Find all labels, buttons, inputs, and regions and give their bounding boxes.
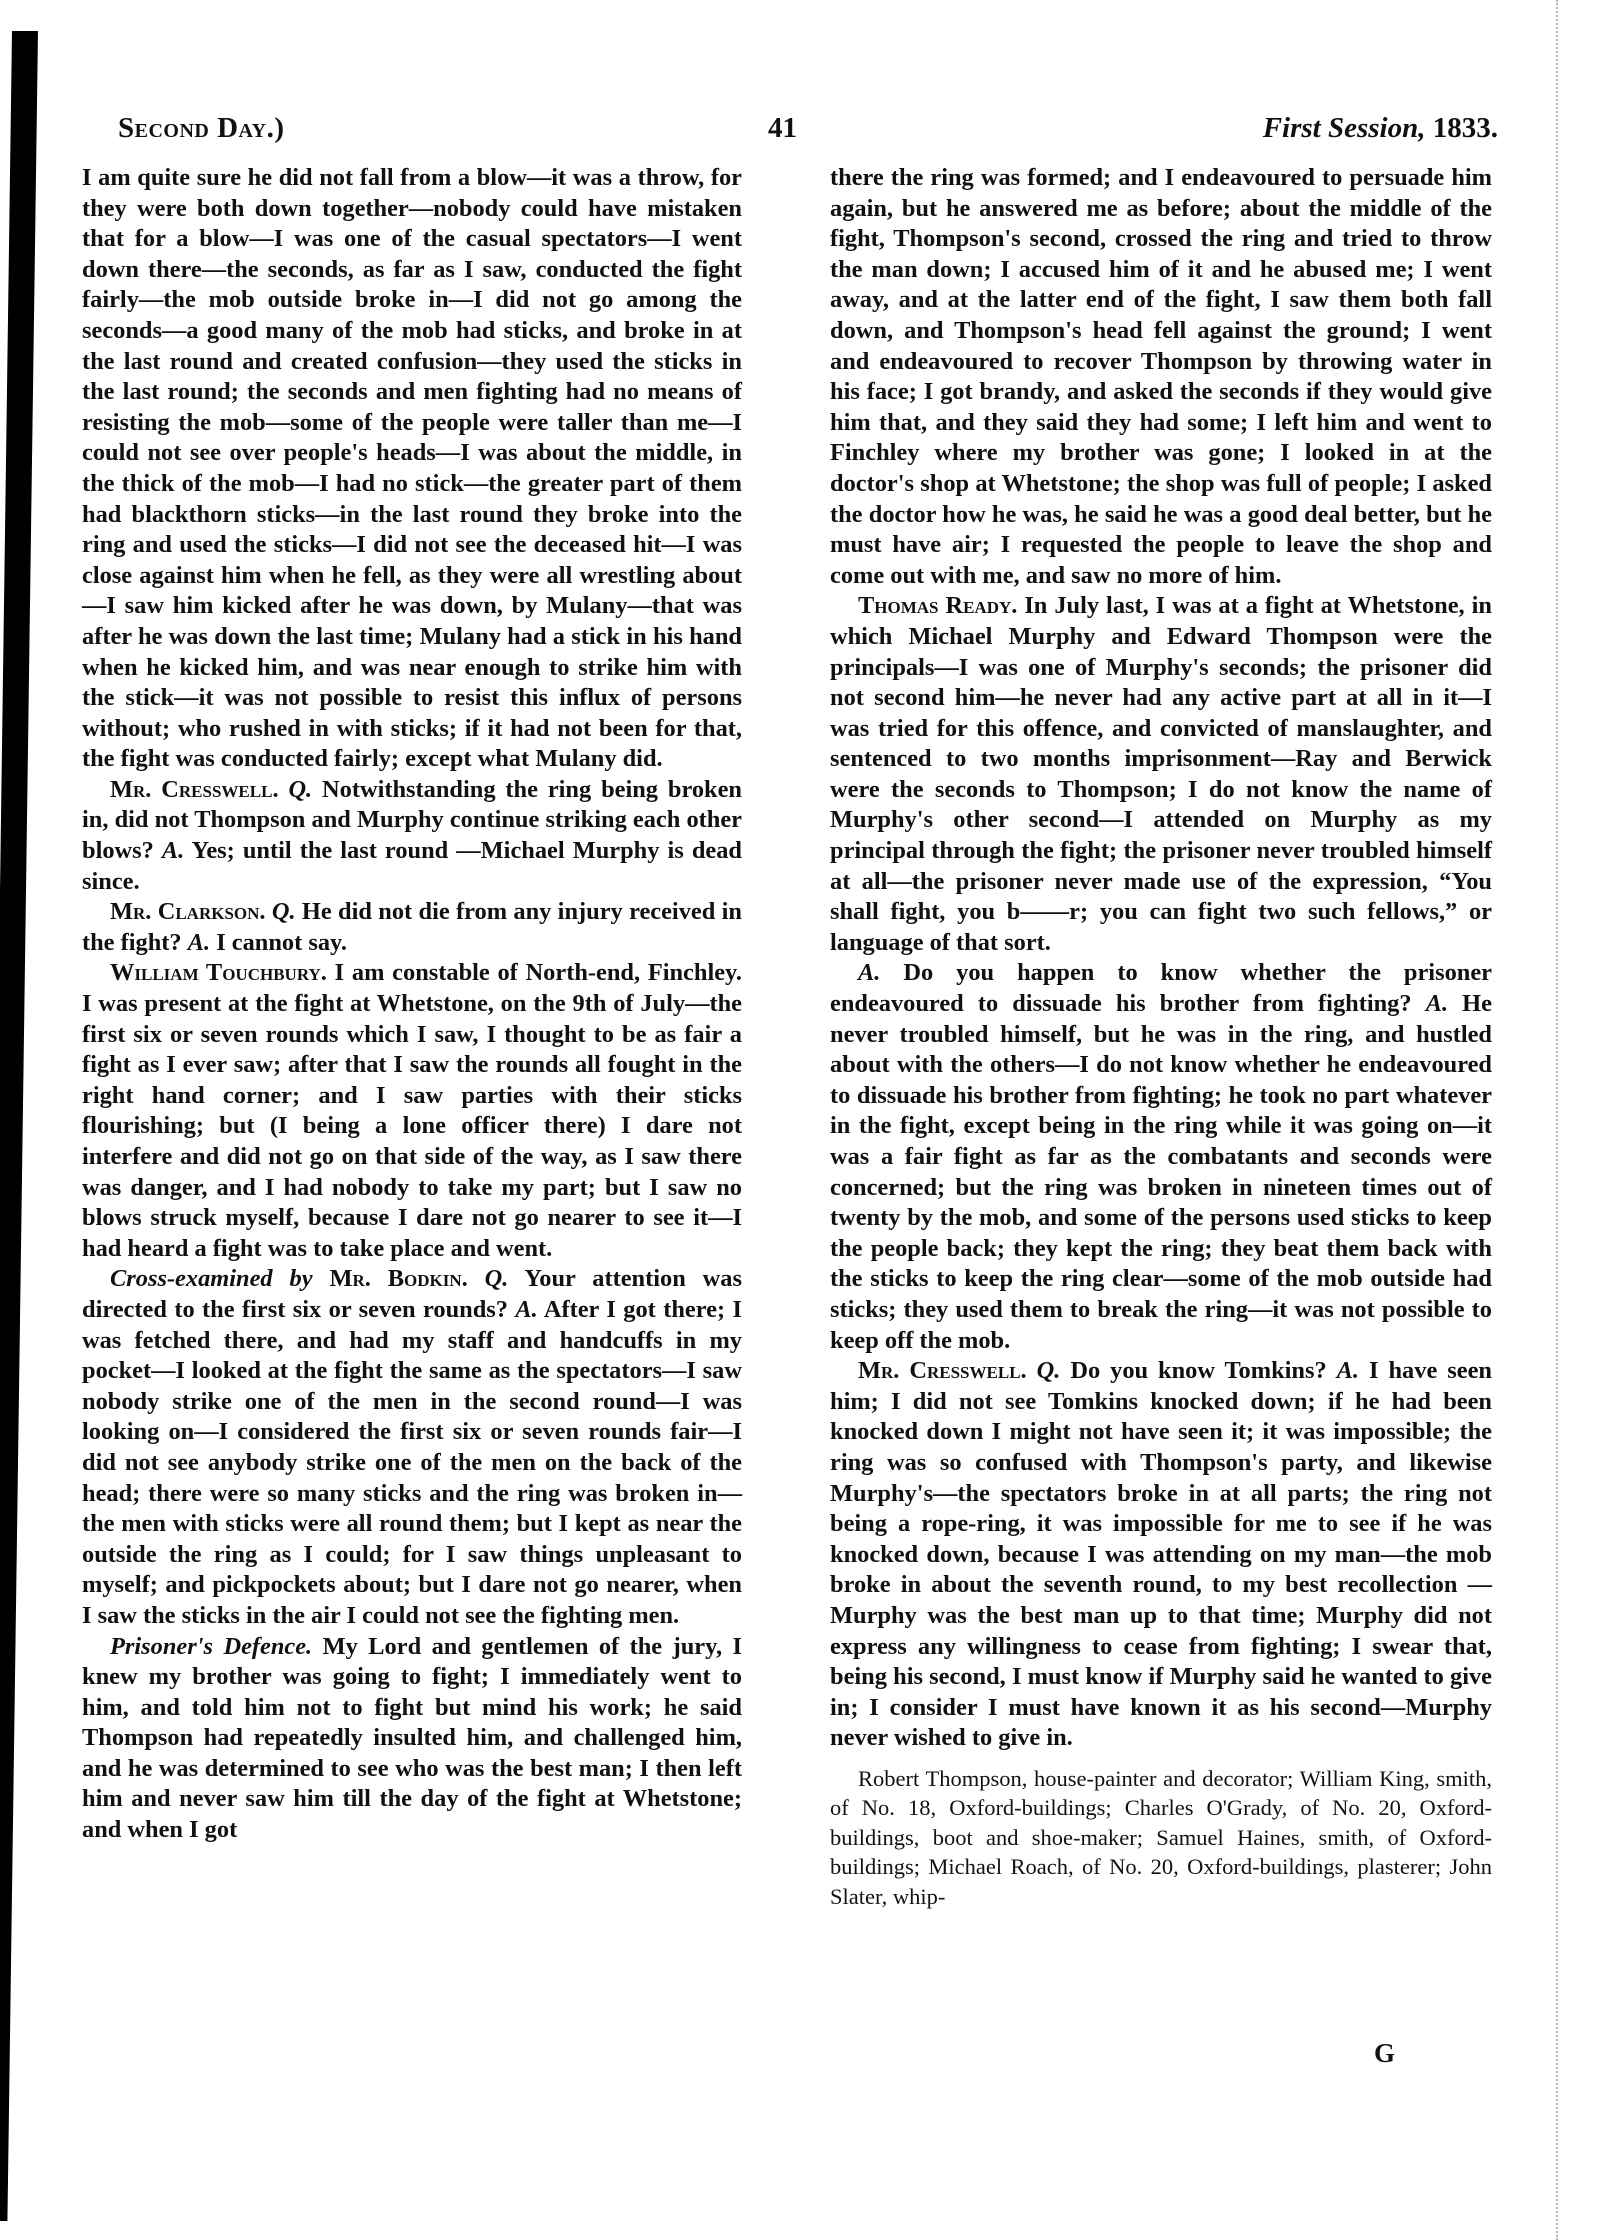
right-column: there the ring was formed; and I endeavo… <box>830 163 1492 1911</box>
cross-exam-label: Cross-examined by <box>110 1265 313 1292</box>
testimony-paragraph: A. Do you happen to know whether the pri… <box>830 958 1492 1356</box>
answer-label: A. <box>1426 990 1448 1017</box>
defence-label: Prisoner's Defence. <box>110 1633 312 1660</box>
speaker-name: Mr. Cresswell. <box>858 1357 1027 1384</box>
testimony-paragraph: Mr. Cresswell. Q. Do you know Tomkins? A… <box>830 1356 1492 1754</box>
left-column: I am quite sure he did not fall from a b… <box>82 163 742 1846</box>
testimony-paragraph: Cross-examined by Mr. Bodkin. Q. Your at… <box>82 1264 742 1631</box>
question-text: Do you know Tomkins? <box>1070 1357 1326 1384</box>
speaker-name: Mr. Clarkson. <box>110 898 266 925</box>
testimony-paragraph: Thomas Ready. In July last, I was at a f… <box>830 591 1492 958</box>
testimony-paragraph: Prisoner's Defence. My Lord and gentleme… <box>82 1632 742 1846</box>
scan-binding-edge <box>0 31 38 2221</box>
scan-right-edge <box>1556 0 1560 2240</box>
question-label: Q. <box>288 776 312 803</box>
header-day: Second Day.) <box>118 112 285 145</box>
page-number: 41 <box>768 112 797 145</box>
header-session: First Session, 1833. <box>1263 112 1498 145</box>
question-label: A. <box>858 959 880 986</box>
running-header: Second Day.) 41 First Session, 1833. <box>118 112 1498 152</box>
testimony-paragraph: William Touchbury. I am constable of Nor… <box>82 958 742 1264</box>
answer-text: After I got there; I was fetched there, … <box>82 1296 742 1629</box>
testimony-paragraph: Mr. Clarkson. Q. He did not die from any… <box>82 897 742 958</box>
question-label: Q. <box>1037 1357 1061 1384</box>
testimony-paragraph: Mr. Cresswell. Q. Notwithstanding the ri… <box>82 775 742 897</box>
answer-label: A. <box>188 929 210 956</box>
answer-label: A. <box>1337 1357 1359 1384</box>
speaker-name: William Touchbury. <box>110 959 327 986</box>
speaker-name: Mr. Bodkin. <box>329 1265 467 1292</box>
character-witness-list: Robert Thompson, house-painter and decor… <box>830 1764 1492 1912</box>
question-label: Q. <box>272 898 296 925</box>
speaker-name: Mr. Cresswell. <box>110 776 279 803</box>
testimony-paragraph: there the ring was formed; and I endeavo… <box>830 163 1492 591</box>
header-year: 1833. <box>1433 112 1498 144</box>
defence-text: My Lord and gentlemen of the jury, I kne… <box>82 1633 742 1844</box>
testimony-paragraph: I am quite sure he did not fall from a b… <box>82 163 742 775</box>
testimony-text: I am constable of North-end, Finchley. I… <box>82 959 742 1261</box>
answer-text: He never troubled himself, but he was in… <box>830 990 1492 1354</box>
header-session-label: First Session, <box>1263 112 1426 144</box>
question-label: Q. <box>485 1265 509 1292</box>
answer-text: I cannot say. <box>216 929 347 956</box>
answer-text: I have seen him; I did not see Tomkins k… <box>830 1357 1492 1751</box>
answer-label: A. <box>515 1296 537 1323</box>
answer-label: A. <box>162 837 184 864</box>
question-text: Do you happen to know whether the prison… <box>830 959 1492 1017</box>
speaker-name: Thomas Ready. <box>858 592 1017 619</box>
testimony-text: In July last, I was at a fight at Whetst… <box>830 592 1492 956</box>
printer-signature-mark: G <box>1374 2038 1395 2069</box>
